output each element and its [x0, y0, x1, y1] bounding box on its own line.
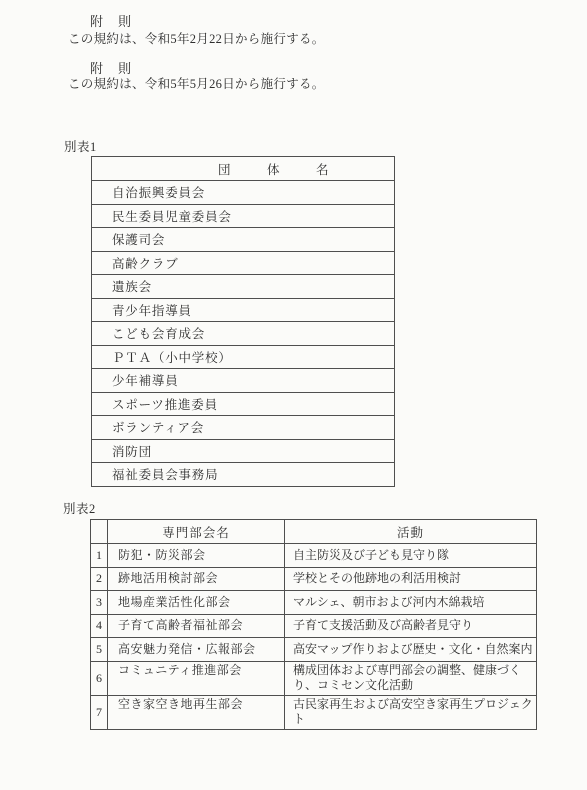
row-number-cell: 6: [91, 661, 108, 695]
org-name-cell: 自治振興委員会: [92, 181, 395, 205]
table-row: 1 防犯・防災部会 自主防災及び子ども見守り隊: [91, 544, 537, 568]
committee-name-header-cell: 専門部会名: [108, 520, 285, 544]
table-row: 民生委員児童委員会: [92, 204, 395, 228]
table-row: 福祉委員会事務局: [92, 463, 395, 487]
org-name-cell: ボランティア会: [92, 416, 395, 440]
table-row: 高齢クラブ: [92, 251, 395, 275]
activity-header-cell: 活動: [285, 520, 537, 544]
table-row: ＰＴＡ（小中学校）: [92, 345, 395, 369]
row-number-cell: 4: [91, 614, 108, 638]
org-name-cell: 民生委員児童委員会: [92, 204, 395, 228]
committee-name-cell: 子育て高齢者福祉部会: [108, 614, 285, 638]
activity-cell: 構成団体および専門部会の調整、健康づくり、コミセン文化活動: [285, 661, 537, 695]
provision-2-text: この規約は、令和5年5月26日から施行する。: [68, 77, 325, 92]
row-number-header-cell: [91, 520, 108, 544]
activity-cell: 高安マップ作りおよび歴史・文化・自然案内: [285, 638, 537, 662]
activity-cell: 学校とその他跡地の利活用検討: [285, 567, 537, 591]
committee-name-cell: 防犯・防災部会: [108, 544, 285, 568]
table-row: こども会育成会: [92, 322, 395, 346]
table-row: 4 子育て高齢者福祉部会 子育て支援活動及び高齢者見守り: [91, 614, 537, 638]
committee-name-cell: 空き家空き地再生部会: [108, 695, 285, 729]
activity-cell: 自主防災及び子ども見守り隊: [285, 544, 537, 568]
committee-name-cell: 跡地活用検討部会: [108, 567, 285, 591]
committee-name-cell: コミュニティ推進部会: [108, 661, 285, 695]
table-row: 3 地場産業活性化部会 マルシェ、朝市および河内木綿栽培: [91, 591, 537, 615]
table-row: 遺族会: [92, 275, 395, 299]
table2-label: 別表2: [63, 502, 96, 517]
table-row: 6 コミュニティ推進部会 構成団体および専門部会の調整、健康づくり、コミセン文化…: [91, 661, 537, 695]
row-number-cell: 7: [91, 695, 108, 729]
committee-name-cell: 地場産業活性化部会: [108, 591, 285, 615]
table-row: 青少年指導員: [92, 298, 395, 322]
org-name-cell: 消防団: [92, 439, 395, 463]
table-header-row: 専門部会名 活動: [91, 520, 537, 544]
organizations-table: 団 体 名 自治振興委員会 民生委員児童委員会 保護司会 高齢クラブ 遺族会 青…: [91, 156, 395, 487]
row-number-cell: 2: [91, 567, 108, 591]
row-number-cell: 5: [91, 638, 108, 662]
org-name-cell: 遺族会: [92, 275, 395, 299]
org-name-header-cell: 団 体 名: [92, 157, 395, 181]
org-name-cell: 少年補導員: [92, 369, 395, 393]
document-page: 附 則 この規約は、令和5年2月22日から施行する。 附 則 この規約は、令和5…: [0, 0, 587, 790]
activity-cell: マルシェ、朝市および河内木綿栽培: [285, 591, 537, 615]
org-name-cell: 高齢クラブ: [92, 251, 395, 275]
committees-table: 専門部会名 活動 1 防犯・防災部会 自主防災及び子ども見守り隊 2 跡地活用検…: [90, 519, 537, 730]
row-number-cell: 1: [91, 544, 108, 568]
activity-cell: 古民家再生および高安空き家再生プロジェクト: [285, 695, 537, 729]
provision-1-text: この規約は、令和5年2月22日から施行する。: [68, 32, 325, 47]
table-row: ボランティア会: [92, 416, 395, 440]
row-number-cell: 3: [91, 591, 108, 615]
table-row: 2 跡地活用検討部会 学校とその他跡地の利活用検討: [91, 567, 537, 591]
table-row: 7 空き家空き地再生部会 古民家再生および高安空き家再生プロジェクト: [91, 695, 537, 729]
activity-cell: 子育て支援活動及び高齢者見守り: [285, 614, 537, 638]
table-row: 5 高安魅力発信・広報部会 高安マップ作りおよび歴史・文化・自然案内: [91, 638, 537, 662]
org-name-cell: 青少年指導員: [92, 298, 395, 322]
org-name-cell: ＰＴＡ（小中学校）: [92, 345, 395, 369]
committee-name-cell: 高安魅力発信・広報部会: [108, 638, 285, 662]
org-name-cell: こども会育成会: [92, 322, 395, 346]
provision-1-heading: 附 則: [90, 14, 132, 29]
provision-2-heading: 附 則: [90, 61, 132, 76]
table1-label: 別表1: [64, 140, 97, 155]
table-row: 少年補導員: [92, 369, 395, 393]
table-row: 保護司会: [92, 228, 395, 252]
table-row: スポーツ推進委員: [92, 392, 395, 416]
table-row: 消防団: [92, 439, 395, 463]
table-header-row: 団 体 名: [92, 157, 395, 181]
org-name-cell: 保護司会: [92, 228, 395, 252]
table-row: 自治振興委員会: [92, 181, 395, 205]
org-name-cell: 福祉委員会事務局: [92, 463, 395, 487]
org-name-cell: スポーツ推進委員: [92, 392, 395, 416]
